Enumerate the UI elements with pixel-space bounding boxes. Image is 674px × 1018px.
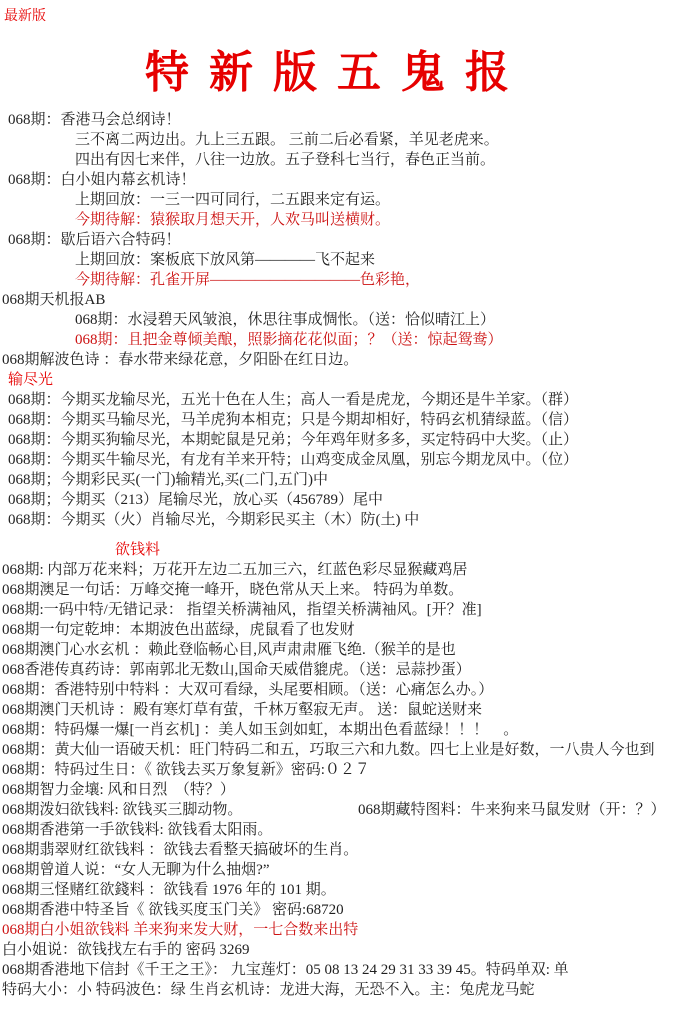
text-line: 068期曾道人说：“女人无聊为什么抽烟?” [0,860,674,880]
line-text: 068期香港地下信封《千王之王》： 九宝莲灯：05 08 13 24 29 31… [2,962,569,978]
line-text: 068期：今期买（火）肖输尽光，今期彩民买主（木）防(土) 中 [8,512,419,528]
line-text: 068期解波色诗 ：春水带来绿花意，夕阳卧在红日边。 [2,352,358,368]
text-line: 068期：今期买龙输尽光，五光十色在人生；高人一看是虎龙，今期还是牛羊家。（群） [0,390,674,410]
line-text: 今期待解：猿猴取月想天开，人欢马叫送横财。 [75,212,390,228]
text-line: 今期待解：孔雀开屏——————————色彩艳， [0,270,674,290]
text-line: 068期澳门天机诗 ：殿有寒灯草有萤，千林万壑寂无声。 送：鼠蛇送财来 [0,700,674,720]
line-text: 068期；今期彩民买(一门)输精光,买(二门,五门)中 [8,472,328,488]
text-line: 068期：香港马会总纲诗！ [0,110,674,130]
line-text: 068期：今期买狗输尽光，本期蛇鼠是兄弟；今年鸡年财多多，买定特码中大奖。（止） [8,432,578,448]
line-text: 068期三怪赌红欲錢料 ：欲钱看 1976 年的 101 期。 [2,882,336,898]
report-body: 068期：香港马会总纲诗！三不离二两边出。九上三五跟。 三前二后必看紧，羊见老虎… [0,110,674,1000]
line-text: 输尽光 [8,372,53,388]
line-text: 068期：特码爆一爆[一肖玄机] ：美人如玉剑如虹，本期出色看蓝绿！！！ 。 [2,722,518,738]
text-line: 068期智力金壤: 风和日烈 （特？） [0,780,674,800]
text-line: 068期香港地下信封《千王之王》： 九宝莲灯：05 08 13 24 29 31… [0,960,674,980]
text-line: 068期：香港特别中特料 ：大双可看绿，头尾要相顾。（送：心痛怎么办。） [0,680,674,700]
text-line: 068期：白小姐内幕玄机诗！ [0,170,674,190]
text-line: 068期天机报AB [0,290,674,310]
text-line: 068期：特码爆一爆[一肖玄机] ：美人如玉剑如虹，本期出色看蓝绿！！！ 。 [0,720,674,740]
text-line: 068期：今期买（火）肖输尽光，今期彩民买主（木）防(土) 中 [0,510,674,530]
line-text: 068香港传真药诗：郭南郭北无数山,国命天威借貔虎。（送：忌蒜抄蛋） [2,662,471,678]
text-line: 068期澳门心水玄机 ：赖此登临畅心目,风声肃肃雁飞绝.（猴羊的是也 [0,640,674,660]
page-title: 特新版五鬼报 [0,0,674,100]
edition-label: 最新版 [4,8,46,26]
line-text: 068期：且把金尊倾美酿，照影摘花花似面；？（送：惊起鸳鸯） [75,332,503,348]
text-line: 今期待解：猿猴取月想天开，人欢马叫送横财。 [0,210,674,230]
line-text: 今期待解：孔雀开屏——————————色彩艳， [75,272,420,288]
text-line: 068期香港中特圣旨《 欲钱买度玉门关》 密码:68720 [0,900,674,920]
line-text: 四出有因七来伴，八往一边放。五子登科七当行，春色正当前。 [75,152,495,168]
line-text: 068期：特码过生日：《 欲钱去买万象复新》密码:０２７ [2,762,370,778]
line-text-right-column: 068期藏特图料：牛来狗来马鼠发财（开：？） [358,800,666,820]
line-text: 068期：今期买龙输尽光，五光十色在人生；高人一看是虎龙，今期还是牛羊家。（群） [8,392,578,408]
line-text: 上期回放：一三一四可同行，二五跟来定有运。 [75,192,390,208]
text-line: 068期翡翠财红欲钱料 ：欲钱去看整天搞破坏的生肖。 [0,840,674,860]
line-text: 068期翡翠财红欲钱料 ：欲钱去看整天搞破坏的生肖。 [2,842,358,858]
text-line: 068期三怪赌红欲錢料 ：欲钱看 1976 年的 101 期。 [0,880,674,900]
text-line: 068期：黄大仙一语破天机：旺门特码二和五，巧取三六和九数。四七上业是好数，一八… [0,740,674,760]
line-text: 068期：黄大仙一语破天机：旺门特码二和五，巧取三六和九数。四七上业是好数，一八… [2,742,655,758]
text-line: 068期；今期买（213）尾输尽光，放心买（456789）尾中 [0,490,674,510]
section-header-shu-jin-guang: 输尽光 [0,370,674,390]
text-line: 四出有因七来伴，八往一边放。五子登科七当行，春色正当前。 [0,150,674,170]
text-line: 068期：歇后语六合特码！ [0,230,674,250]
line-text: 068期: 内部万花来料；万花开左边二五加三六，红蓝色彩尽显猴藏鸡居 [2,562,467,578]
text-line: 068期澳足一句话：万峰交掩一峰开，晓色常从天上来。 特码为单数。 [0,580,674,600]
line-text: 068期:一码中特/无错记录： 指望关桥满袖风，指望关桥满袖风。[开？准] [2,602,482,618]
line-text: 白小姐说：欲钱找左右手的 密码 3269 [2,942,250,958]
line-text: 068期香港第一手欲钱料: 欲钱看太阳雨。 [2,822,272,838]
text-line: 上期回放：一三一四可同行，二五跟来定有运。 [0,190,674,210]
text-line: 068期；今期彩民买(一门)输精光,买(二门,五门)中 [0,470,674,490]
line-text: 068期：白小姐内幕玄机诗！ [8,172,196,188]
line-text: 068期澳足一句话：万峰交掩一峰开，晓色常从天上来。 特码为单数。 [2,582,463,598]
line-text: 068期泼妇欲钱料: 欲钱买三脚动物。 [2,802,242,818]
page: 最新版 特新版五鬼报 068期：香港马会总纲诗！三不离二两边出。九上三五跟。 三… [0,0,674,1018]
line-text: 068期：香港马会总纲诗！ [8,112,181,128]
text-line: 068期: 内部万花来料；万花开左边二五加三六，红蓝色彩尽显猴藏鸡居 [0,560,674,580]
line-text: 068期：水浸碧天风皱浪，休思往事成惆怅。（送：恰似晴江上） [75,312,495,328]
line-text: 特码大小：小 特码波色：绿 生肖玄机诗：龙进大海，无恐不入。主：兔虎龙马蛇 [2,982,535,998]
text-line: 068期白小姐欲钱料 羊来狗来发大财，一七合数来出特 [0,920,674,940]
line-text: 欲钱料 [115,542,160,558]
text-line: 特码大小：小 特码波色：绿 生肖玄机诗：龙进大海，无恐不入。主：兔虎龙马蛇 [0,980,674,1000]
text-line: 068期一句定乾坤：本期波色出蓝绿，虎鼠看了也发财 [0,620,674,640]
text-line: 上期回放：案板底下放风第————飞不起来 [0,250,674,270]
line-text: 068期天机报AB [2,292,105,308]
text-line: 068期：特码过生日：《 欲钱去买万象复新》密码:０２７ [0,760,674,780]
line-text: 068期一句定乾坤：本期波色出蓝绿，虎鼠看了也发财 [2,622,355,638]
section-header-yu-qian-liao: 欲钱料 [0,540,674,560]
text-line: 三不离二两边出。九上三五跟。 三前二后必看紧，羊见老虎来。 [0,130,674,150]
line-text: 068期澳门天机诗 ：殿有寒灯草有萤，千林万壑寂无声。 送：鼠蛇送财来 [2,702,482,718]
line-text: 068期：今期买牛输尽光，有龙有羊来开特；山鸡变成金凤凰，别忘今期龙凤中。（位） [8,452,578,468]
text-line: 068期：且把金尊倾美酿，照影摘花花似面；？（送：惊起鸳鸯） [0,330,674,350]
text-line: 068香港传真药诗：郭南郭北无数山,国命天威借貔虎。（送：忌蒜抄蛋） [0,660,674,680]
line-text: 三不离二两边出。九上三五跟。 三前二后必看紧，羊见老虎来。 [75,132,499,148]
text-line: 068期：今期买牛输尽光，有龙有羊来开特；山鸡变成金凤凰，别忘今期龙凤中。（位） [0,450,674,470]
text-line: 068期：水浸碧天风皱浪，休思往事成惆怅。（送：恰似晴江上） [0,310,674,330]
line-text: 上期回放：案板底下放风第————飞不起来 [75,252,375,268]
text-line: 068期解波色诗 ：春水带来绿花意，夕阳卧在红日边。 [0,350,674,370]
line-text: 068期：香港特别中特料 ：大双可看绿，头尾要相顾。（送：心痛怎么办。） [2,682,493,698]
line-text: 068期：歇后语六合特码！ [8,232,181,248]
line-text: 068期；今期买（213）尾输尽光，放心买（456789）尾中 [8,492,383,508]
text-line: 068期:一码中特/无错记录： 指望关桥满袖风，指望关桥满袖风。[开？准] [0,600,674,620]
text-line: 068期：今期买马输尽光，马羊虎狗本相克；只是今期却相好，特码玄机猜绿蓝。（信） [0,410,674,430]
line-text: 068期白小姐欲钱料 羊来狗来发大财，一七合数来出特 [2,922,358,938]
line-text: 068期智力金壤: 风和日烈 （特？） [2,782,235,798]
text-line: 068期泼妇欲钱料: 欲钱买三脚动物。068期藏特图料：牛来狗来马鼠发财（开：？… [0,800,674,820]
text-line: 白小姐说：欲钱找左右手的 密码 3269 [0,940,674,960]
text-line: 068期香港第一手欲钱料: 欲钱看太阳雨。 [0,820,674,840]
line-text: 068期：今期买马输尽光，马羊虎狗本相克；只是今期却相好，特码玄机猜绿蓝。（信） [8,412,578,428]
line-text: 068期曾道人说：“女人无聊为什么抽烟?” [2,862,269,878]
line-text: 068期香港中特圣旨《 欲钱买度玉门关》 密码:68720 [2,902,344,918]
line-text: 068期澳门心水玄机 ：赖此登临畅心目,风声肃肃雁飞绝.（猴羊的是也 [2,642,456,658]
text-line: 068期：今期买狗输尽光，本期蛇鼠是兄弟；今年鸡年财多多，买定特码中大奖。（止） [0,430,674,450]
